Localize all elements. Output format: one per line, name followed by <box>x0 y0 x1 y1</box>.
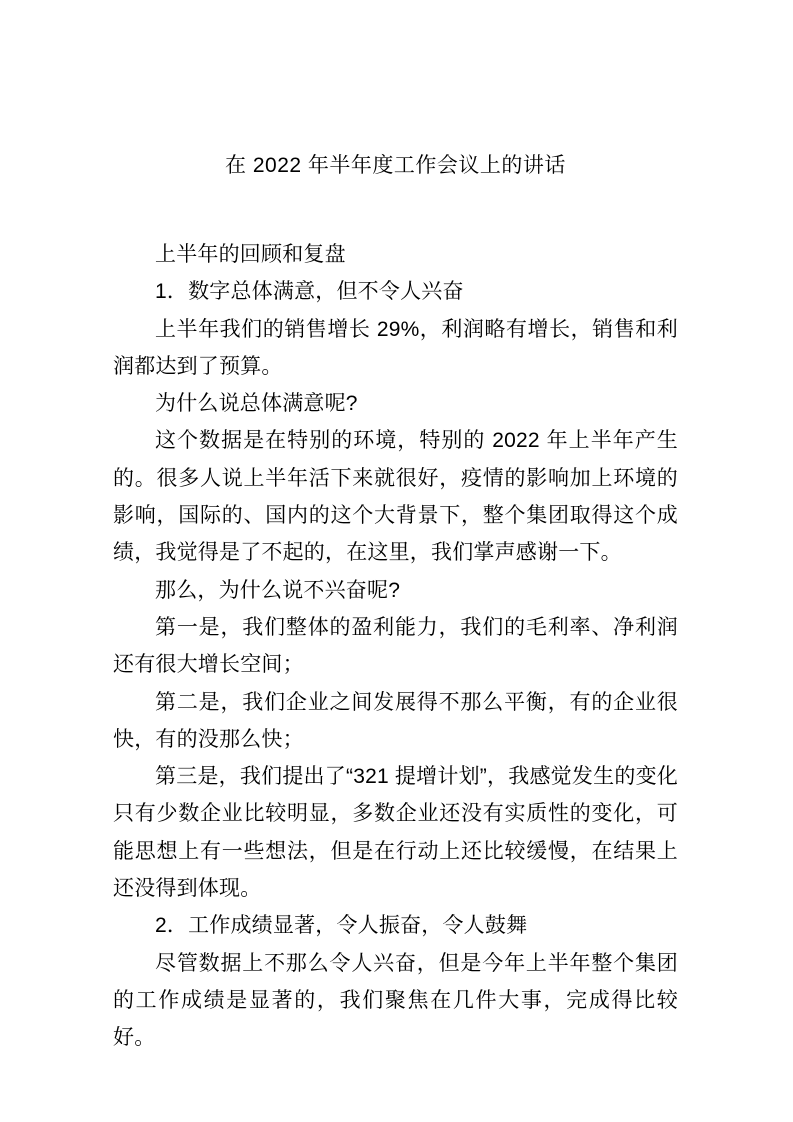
document-title: 在 2022 年半年度工作会议上的讲话 <box>113 147 678 184</box>
paragraph: 第三是，我们提出了“321 提增计划”，我感觉发生的变化只有少数企业比较明显，多… <box>113 758 678 907</box>
document-page: 在 2022 年半年度工作会议上的讲话 上半年的回顾和复盘1．数字总体满意，但不… <box>0 0 793 1122</box>
paragraph: 第一是，我们整体的盈利能力，我们的毛利率、净利润还有很大增长空间； <box>113 609 678 684</box>
document-body: 上半年的回顾和复盘1．数字总体满意，但不令人兴奋上半年我们的销售增长 29%，利… <box>113 236 678 1057</box>
paragraph: 第二是，我们企业之间发展得不那么平衡，有的企业很快，有的没那么快； <box>113 684 678 759</box>
paragraph: 1．数字总体满意，但不令人兴奋 <box>113 273 678 310</box>
paragraph: 上半年的回顾和复盘 <box>113 236 678 273</box>
paragraph: 上半年我们的销售增长 29%，利润略有增长，销售和利润都达到了预算。 <box>113 311 678 386</box>
paragraph: 为什么说总体满意呢? <box>113 385 678 422</box>
paragraph: 这个数据是在特别的环境，特别的 2022 年上半年产生的。很多人说上半年活下来就… <box>113 422 678 571</box>
paragraph: 2．工作成绩显著，令人振奋，令人鼓舞 <box>113 907 678 944</box>
paragraph: 那么，为什么说不兴奋呢? <box>113 572 678 609</box>
paragraph: 尽管数据上不那么令人兴奋，但是今年上半年整个集团的工作成绩是显著的，我们聚焦在几… <box>113 945 678 1057</box>
